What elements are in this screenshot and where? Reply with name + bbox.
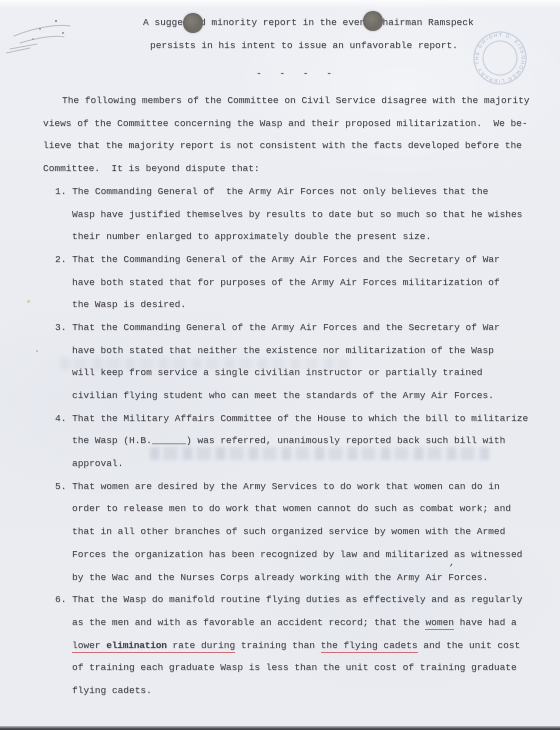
text-line: 6. That the Wasp do manifold routine fly… bbox=[55, 593, 560, 616]
text-line: 5. That women are desired by the Army Se… bbox=[55, 480, 560, 503]
ink-bleedthrough-smudge bbox=[150, 447, 490, 460]
text-segment: as the men and with as favorable an acci… bbox=[72, 617, 425, 628]
red-underlined-phrase: the flying cadets bbox=[321, 640, 418, 654]
paper-top-edge bbox=[0, 0, 560, 9]
text-line: 4. That the Military Affairs Committee o… bbox=[55, 412, 560, 435]
text-line: civilian flying student who can meet the… bbox=[72, 389, 560, 412]
text-line: have both stated that for purposes of th… bbox=[72, 276, 560, 299]
red-underlined-phrase: elimination bbox=[106, 640, 167, 654]
text-line: as the men and with as favorable an acci… bbox=[72, 616, 560, 639]
text-line: order to release men to do work that wom… bbox=[72, 502, 560, 525]
text-line: flying cadets. bbox=[72, 684, 560, 707]
text-line: that in all other branches of such organ… bbox=[72, 525, 560, 548]
text-line: approval. bbox=[72, 457, 560, 480]
scan-bottom-edge bbox=[0, 726, 560, 730]
ink-bleedthrough-smudge bbox=[60, 358, 350, 370]
text-line: Committee. It is beyond dispute that: bbox=[43, 162, 560, 185]
text-line: views of the Committee concerning the Wa… bbox=[43, 117, 560, 140]
text-line: Forces the organization has been recogni… bbox=[72, 548, 560, 571]
punch-hole-left bbox=[183, 13, 203, 33]
text-line: the Wasp is desired. bbox=[72, 298, 560, 321]
text-line: lower elimination rate during training t… bbox=[72, 639, 560, 662]
text-segment: and the unit cost bbox=[418, 640, 521, 651]
text-line: their number enlarged to approximately d… bbox=[72, 230, 560, 253]
scanned-document-page: { "page": { "background_color": "#e9ebf0… bbox=[0, 0, 560, 730]
text-line: of training each graduate Wasp is less t… bbox=[72, 661, 560, 684]
text-line: 3. That the Commanding General of the Ar… bbox=[55, 321, 560, 344]
margin-speck bbox=[36, 350, 38, 352]
text-line: by the Wac and the Nurses Corps already … bbox=[72, 571, 560, 594]
text-line: lieve that the majority report is not co… bbox=[43, 139, 560, 162]
text-line: 1. The Commanding General of the Army Ai… bbox=[55, 185, 560, 208]
red-underlined-phrase: rate during bbox=[167, 640, 235, 654]
text-segment: have had a bbox=[454, 617, 517, 628]
svg-text:THE DWIGHT D. EISENHOWER LIBRA: THE DWIGHT D. EISENHOWER LIBRARY bbox=[467, 25, 534, 92]
text-line: 2. That the Commanding General of the Ar… bbox=[55, 253, 560, 276]
red-underlined-phrase: lower bbox=[72, 640, 106, 654]
text-segment: training than bbox=[235, 640, 321, 651]
red-underlined-phrase: women bbox=[425, 617, 454, 631]
stamp-text: THE DWIGHT D. EISENHOWER LIBRARY bbox=[467, 25, 534, 92]
punch-hole-right bbox=[363, 11, 383, 31]
margin-speck bbox=[27, 300, 30, 303]
text-line: Wasp have justified themselves by result… bbox=[72, 208, 560, 231]
